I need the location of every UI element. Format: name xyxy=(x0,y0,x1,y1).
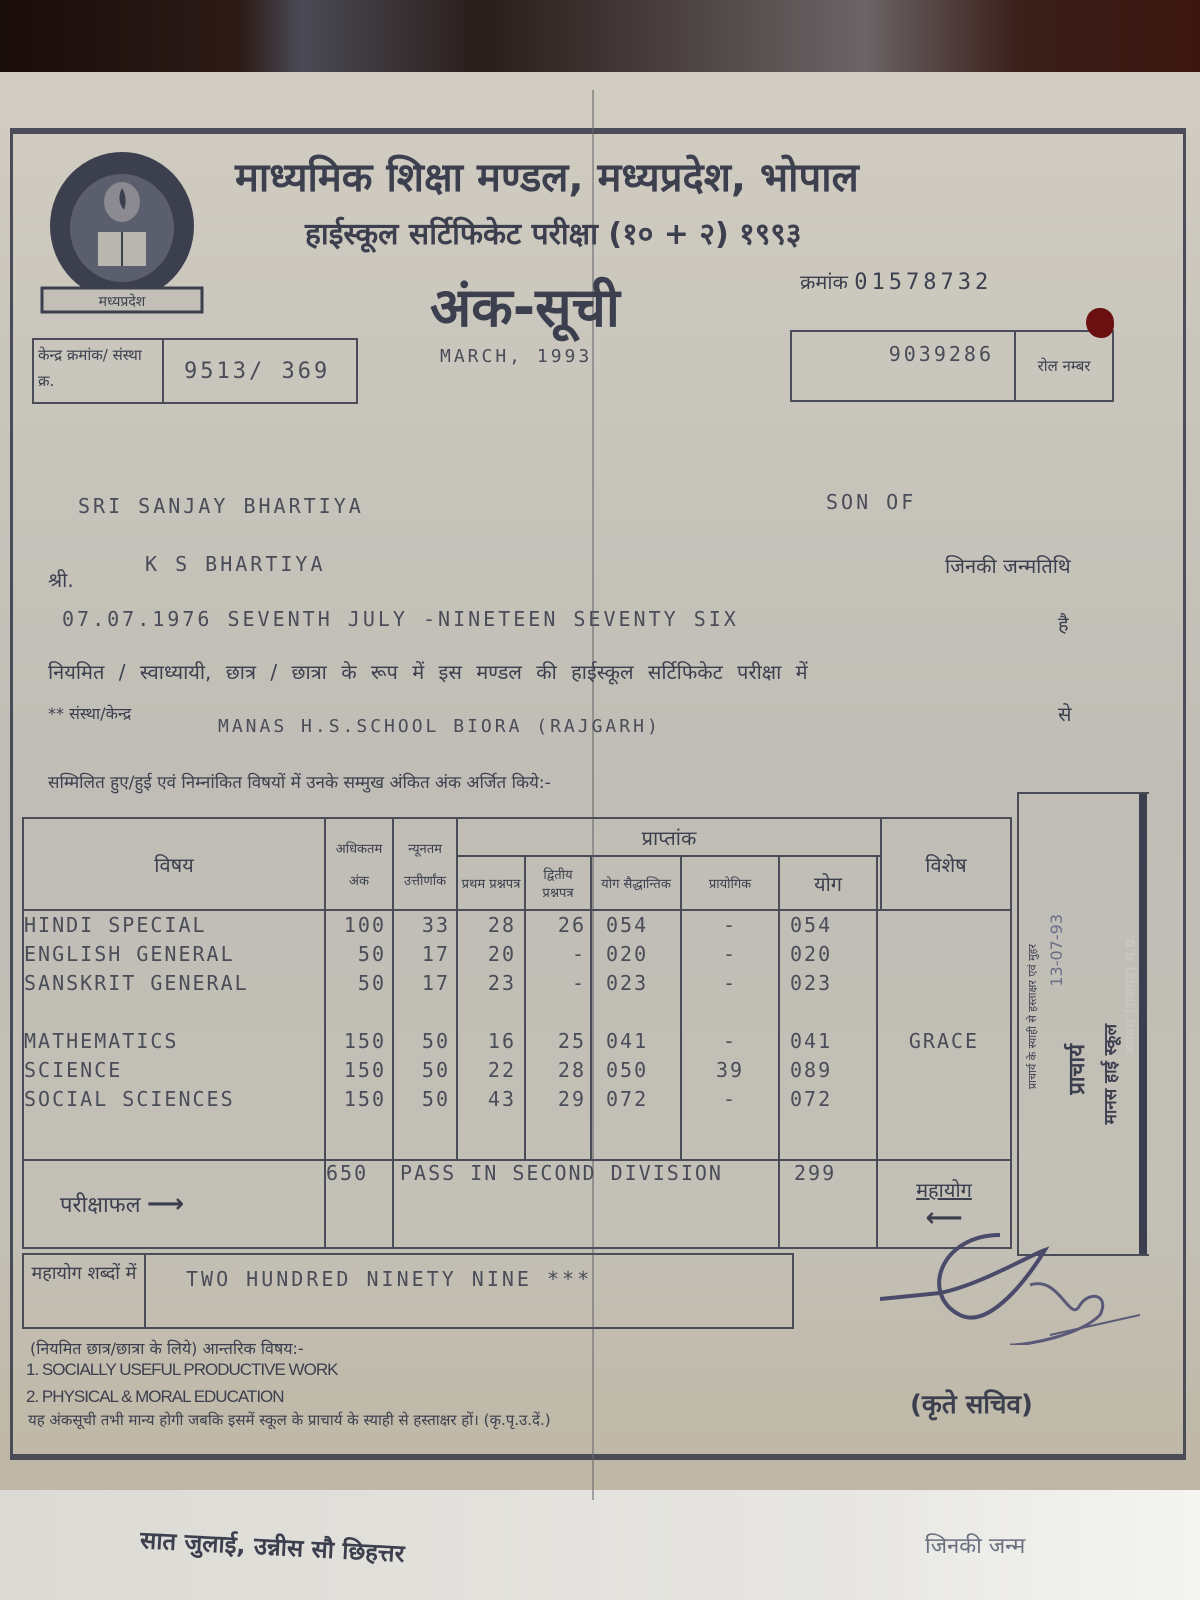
signature-icon xyxy=(880,1215,1140,1345)
stamp-bar xyxy=(1139,794,1147,1254)
total-column: 054020023041089072 xyxy=(779,910,877,1160)
grace-remark: GRACE xyxy=(878,1027,1010,1056)
intro-line: सम्मिलित हुए/हुई एवं निम्नांकित विषयों म… xyxy=(48,770,551,793)
header-theory: योग सैद्धान्तिक xyxy=(591,856,681,910)
header-max-marks: अधिकतमअंक xyxy=(325,818,393,910)
grand-total-label: महायोग xyxy=(878,1176,1010,1203)
result-label-cell: परीक्षाफल ⟶ xyxy=(23,1160,325,1248)
header-obtained: प्राप्तांक xyxy=(457,818,881,856)
header-subject: विषय xyxy=(23,818,325,910)
principal-stamp-area: प्राचार्य के स्याही से हस्ताक्षर एवं मुह… xyxy=(1017,792,1149,1256)
header-practical: प्रायोगिक xyxy=(681,856,779,910)
next-page-partial-label: जिनकी जन्म xyxy=(925,1530,1025,1560)
wax-stain xyxy=(1086,308,1114,338)
subjects-column: HINDI SPECIAL ENGLISH GENERAL SANSKRIT G… xyxy=(23,910,325,1160)
certify-text: प्राचार्य के स्याही से हस्ताक्षर एवं मुह… xyxy=(1025,944,1040,1089)
handwritten-date: 13-07-93 xyxy=(1047,914,1066,987)
board-name: माध्यमिक शिक्षा मण्डल, मध्यप्रदेश, भोपाल xyxy=(235,148,859,203)
dob-value: 07.07.1976 SEVENTH JULY -NINETEEN SEVENT… xyxy=(62,607,739,631)
roll-number-box: 9039286 रोल नम्बर xyxy=(790,330,1114,402)
practical-column: ----39- xyxy=(681,910,779,1160)
place-stamp: ब्यावरा (राजगढ़) म.प्र. xyxy=(1121,934,1140,1053)
document-title: अंक-सूची xyxy=(430,268,620,342)
svg-text:मध्यप्रदेश: मध्यप्रदेश xyxy=(99,293,146,310)
header-paper1: प्रथम प्रश्नपत्र xyxy=(457,856,525,910)
table-row: MATHEMATICS xyxy=(24,1027,324,1056)
table-row: SCIENCE xyxy=(24,1056,324,1085)
header-remarks: विशेष xyxy=(881,818,1011,910)
words-value: TWO HUNDRED NINETY NINE *** xyxy=(146,1255,792,1327)
school-stamp: मानस हाई स्कूल xyxy=(1099,1024,1122,1124)
principal-label: प्राचार्य xyxy=(1063,1044,1093,1095)
table-row: SANSKRIT GENERAL xyxy=(24,969,324,998)
institution-label: ** संस्था/केन्द्र xyxy=(48,702,131,724)
max-total-value: 650 xyxy=(325,1160,393,1248)
secretary-title: (कृते सचिव) xyxy=(910,1385,1033,1421)
centre-value: 9513/ 369 xyxy=(164,340,356,402)
internal-subjects-label: (नियमित छात्र/छात्रा के लिये) आन्तरिक वि… xyxy=(30,1337,304,1359)
hai-text: है xyxy=(1058,610,1069,637)
header-min-marks: न्यूनतमउत्तीर्णांक xyxy=(393,818,457,910)
regular-candidate-line: नियमित / स्वाध्यायी, छात्र / छात्रा के र… xyxy=(48,658,808,685)
table-row: SOCIAL SCIENCES xyxy=(24,1085,324,1114)
total-in-words-box: महायोग शब्दों में TWO HUNDRED NINETY NIN… xyxy=(22,1253,794,1329)
internal-subject-1: 1. SOCIALLY USEFUL PRODUCTIVE WORK xyxy=(26,1360,337,1380)
centre-label: केन्द्र क्रमांक/ संस्था क्र. xyxy=(34,340,164,402)
institution-value: MANAS H.S.SCHOOL BIORA (RAJGARH) xyxy=(218,716,661,737)
roll-label: रोल नम्बर xyxy=(1016,332,1112,400)
header-total: योग xyxy=(779,856,877,910)
max-column: 1005050150150150 xyxy=(325,910,393,1160)
dob-label: जिनकी जन्मतिथि xyxy=(945,552,1071,579)
words-label: महायोग शब्दों में xyxy=(24,1255,146,1327)
se-text: से xyxy=(1058,700,1072,727)
paper1-column: 282023162243 xyxy=(457,910,525,1160)
table-row: HINDI SPECIAL xyxy=(24,911,324,940)
min-column: 331717505050 xyxy=(393,910,457,1160)
serial-value: 01578732 xyxy=(854,270,992,295)
result-label: परीक्षाफल xyxy=(60,1193,141,1218)
serial-number: क्रमांक 01578732 xyxy=(800,268,992,295)
validity-note: यह अंकसूची तभी मान्य होगी जबकि इसमें स्क… xyxy=(28,1410,551,1430)
paper2-column: 26--252829 xyxy=(525,910,591,1160)
son-of-label: SON OF xyxy=(826,490,916,514)
roll-value: 9039286 xyxy=(792,332,1016,400)
result-text: PASS IN SECOND DIVISION xyxy=(393,1160,779,1248)
header-paper2: द्वितीय प्रश्नपत्र xyxy=(525,856,591,910)
remarks-column: GRACE xyxy=(877,910,1011,1160)
internal-subject-2: 2. PHYSICAL & MORAL EDUCATION xyxy=(26,1387,284,1407)
exam-month: MARCH, 1993 xyxy=(440,346,592,367)
theory-column: 054020023041050072 xyxy=(591,910,681,1160)
marks-table: विषय अधिकतमअंक न्यूनतमउत्तीर्णांक प्राप्… xyxy=(22,817,1012,1249)
exam-title: हाईस्कूल सर्टिफिकेट परीक्षा (१० + २) १९९… xyxy=(305,212,802,253)
right-arrow-icon: ⟶ xyxy=(147,1189,184,1219)
board-seal-icon: मध्यप्रदेश xyxy=(38,150,206,315)
shri-prefix: श्री. xyxy=(48,566,74,593)
centre-number-box: केन्द्र क्रमांक/ संस्था क्र. 9513/ 369 xyxy=(32,338,358,404)
table-row: ENGLISH GENERAL xyxy=(24,940,324,969)
serial-label: क्रमांक xyxy=(800,270,848,294)
student-name: SRI SANJAY BHARTIYA xyxy=(78,494,364,518)
father-name: K S BHARTIYA xyxy=(145,552,326,576)
grand-total-value: 299 xyxy=(779,1160,877,1248)
